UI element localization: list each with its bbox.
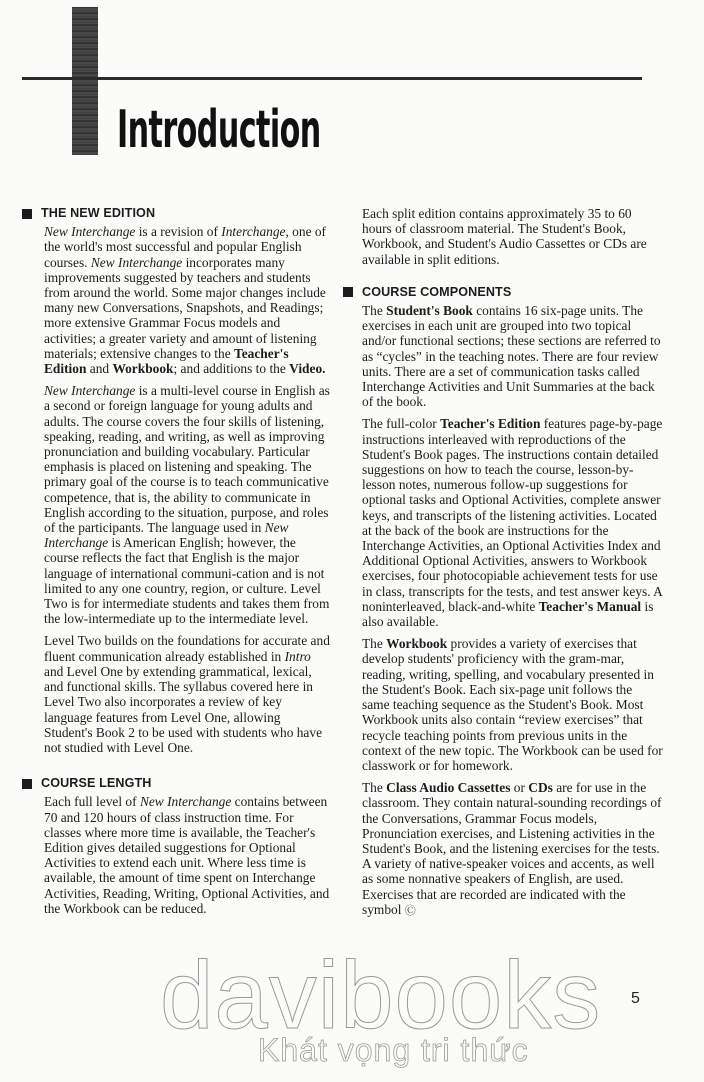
section-heading-course-length: COURSE LENGTH xyxy=(22,776,332,791)
paragraph-students-book: The Student's Book contains 16 six-page … xyxy=(362,303,663,409)
heading-label: THE NEW EDITION xyxy=(41,206,155,221)
heading-label: COURSE LENGTH xyxy=(41,776,151,791)
page-number: 5 xyxy=(631,990,640,1008)
square-bullet-icon xyxy=(22,779,32,789)
watermark-brand: davibooks xyxy=(160,948,601,1044)
paragraph-audio: The Class Audio Cassettes or CDs are for… xyxy=(362,780,663,918)
paragraph-course-length: Each full level of New Interchange conta… xyxy=(44,794,332,916)
right-column: Each split edition contains approximatel… xyxy=(343,206,663,925)
page-title: Introduction xyxy=(117,104,321,156)
square-bullet-icon xyxy=(22,209,32,219)
paragraph-teachers-edition: The full-color Teacher's Edition feature… xyxy=(362,416,663,629)
audio-text: The Class Audio Cassettes or CDs are for… xyxy=(362,780,661,917)
paragraph-workbook: The Workbook provides a variety of exerc… xyxy=(362,636,663,773)
header-rule xyxy=(22,77,642,80)
cassette-symbol-icon: Ⓒ xyxy=(405,904,416,917)
paragraph-new-edition-1: New Interchange is a revision of Interch… xyxy=(44,224,332,376)
section-heading-new-edition: THE NEW EDITION xyxy=(22,206,332,221)
title-decorative-bar xyxy=(72,7,98,155)
section-heading-course-components: COURSE COMPONENTS xyxy=(343,285,663,300)
paragraph-new-edition-2: New Interchange is a multi-level course … xyxy=(44,383,332,626)
paragraph-new-edition-3: Level Two builds on the foundations for … xyxy=(44,633,332,755)
paragraph-split-edition: Each split edition contains approximatel… xyxy=(362,206,663,267)
watermark-tagline: Khát vọng tri thức xyxy=(258,1034,529,1066)
square-bullet-icon xyxy=(343,287,353,297)
left-column: THE NEW EDITION New Interchange is a rev… xyxy=(22,206,332,923)
heading-label: COURSE COMPONENTS xyxy=(362,285,511,300)
